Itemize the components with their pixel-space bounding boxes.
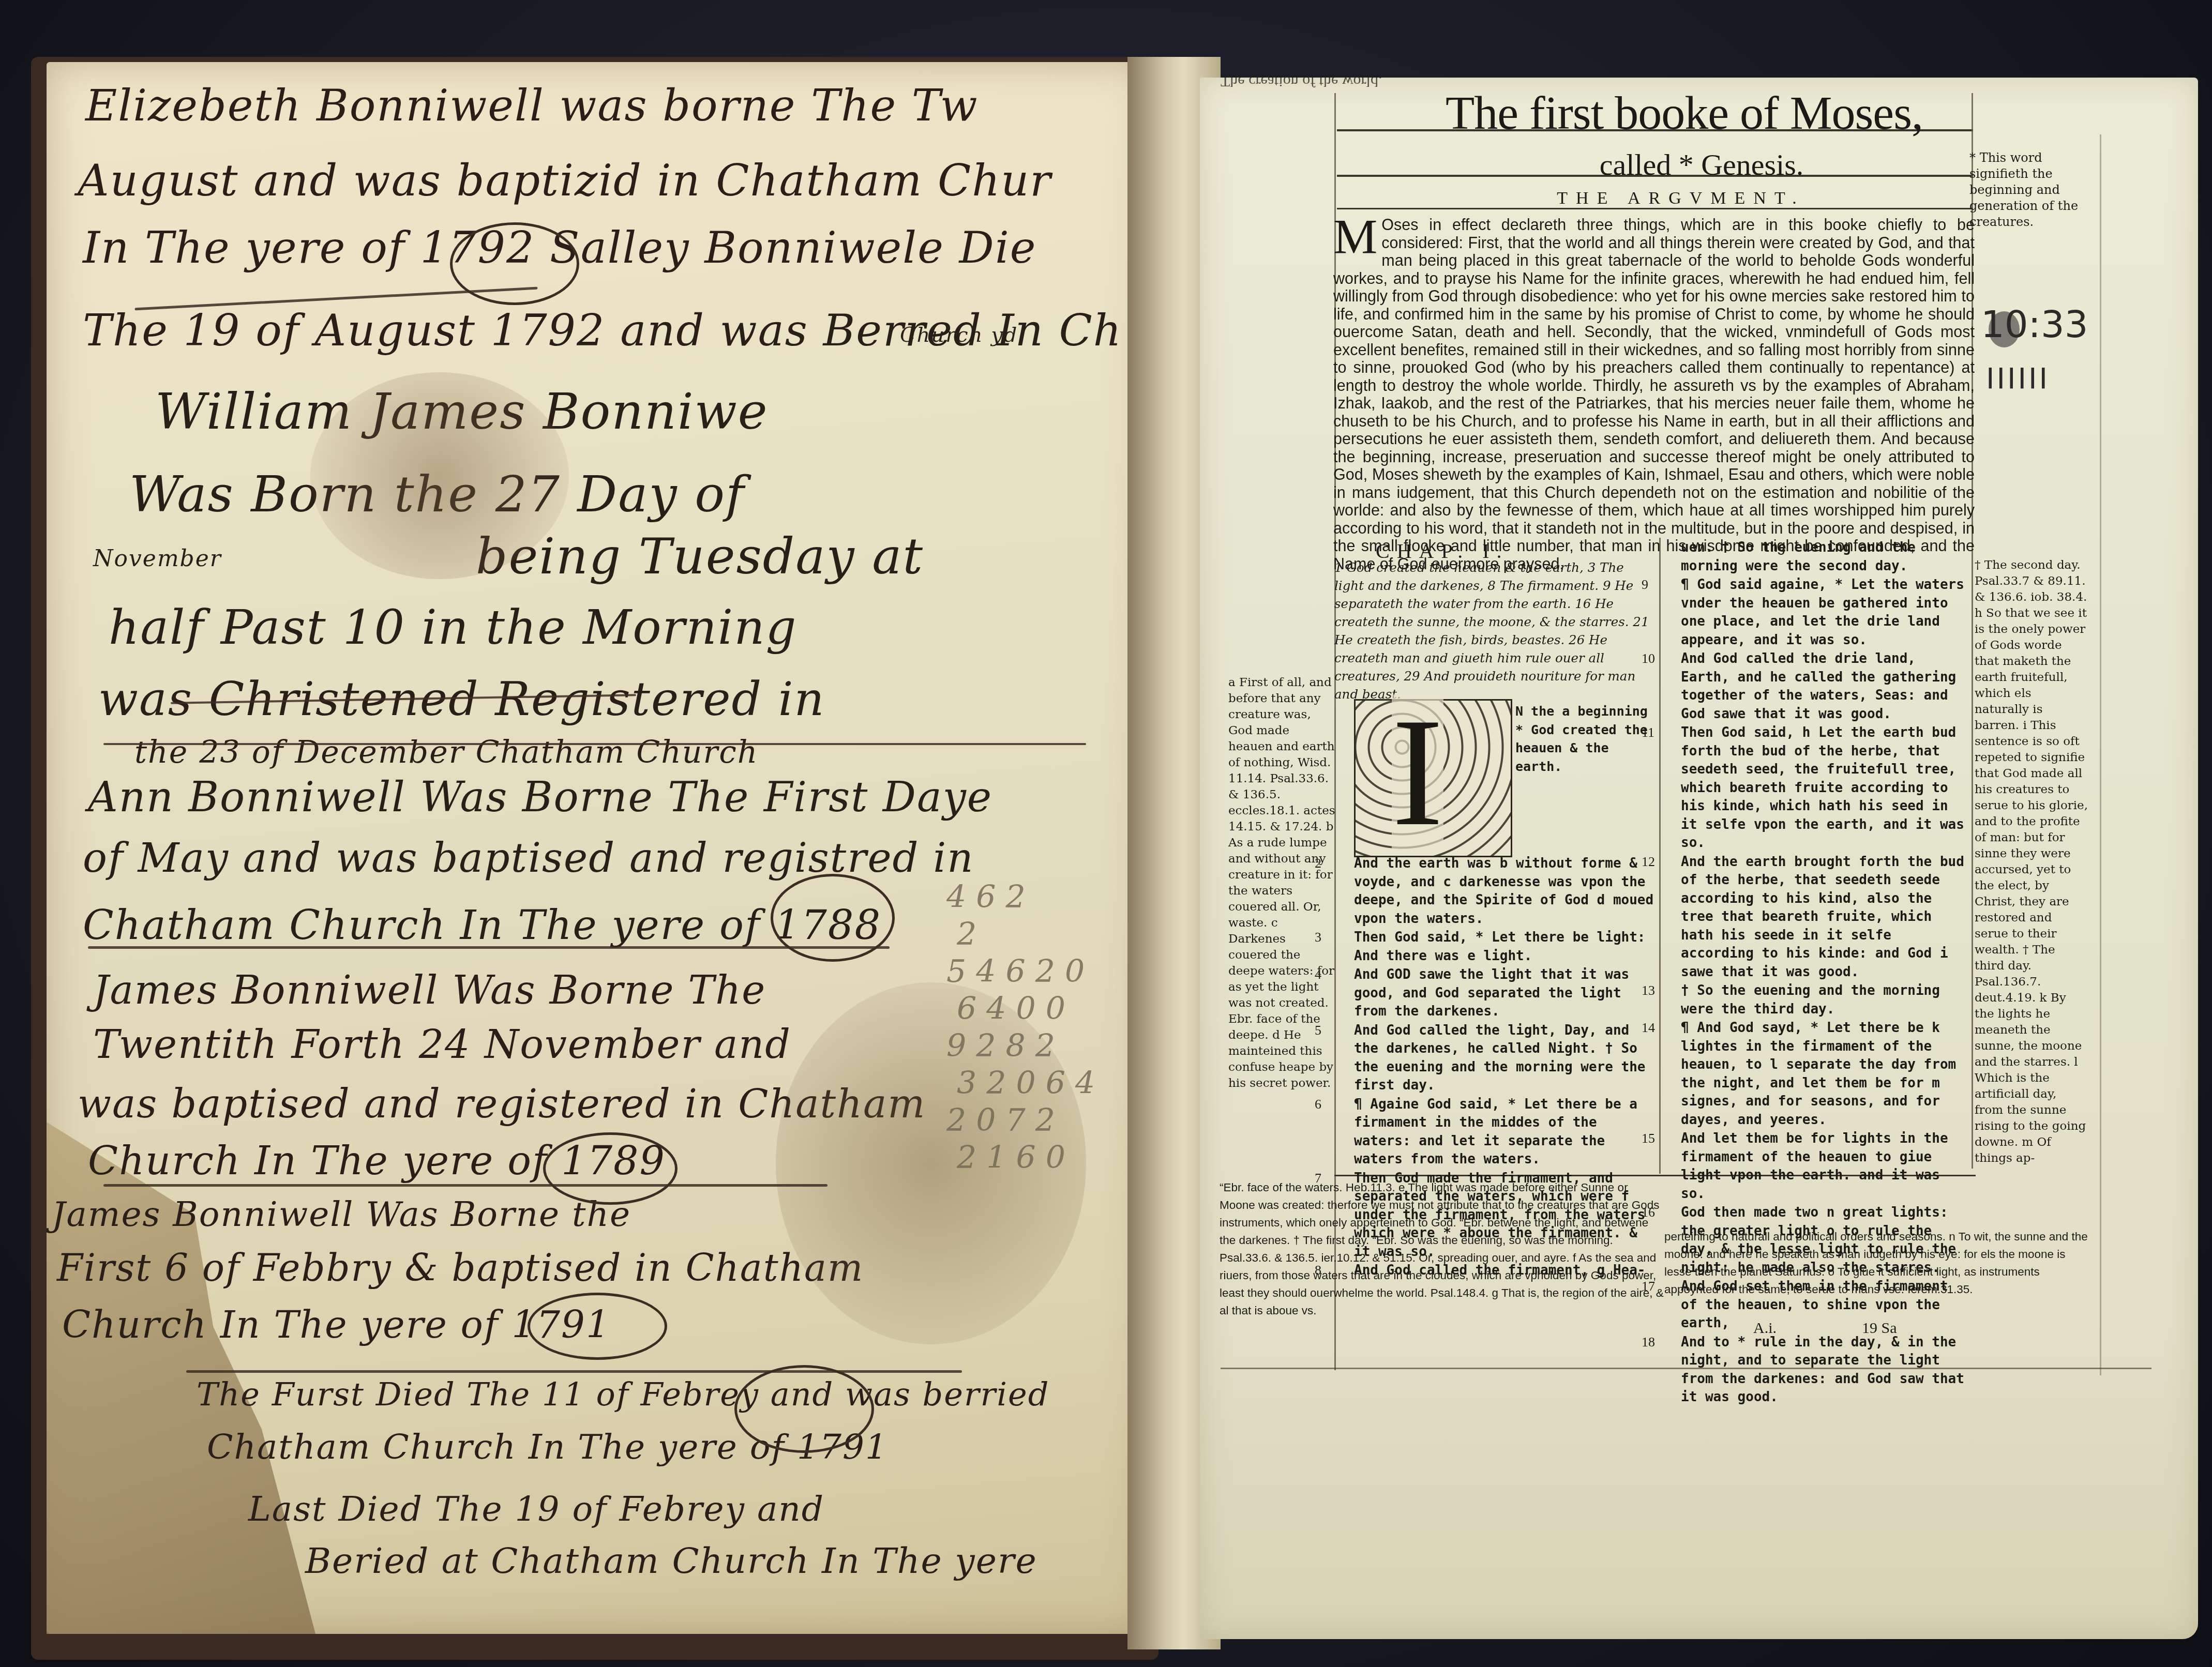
verse-1: N the a beginning * God created the heau…	[1515, 702, 1661, 776]
verse-text: And GOD sawe the light that it was good,…	[1354, 967, 1629, 1019]
verse: 4And GOD sawe the light that it was good…	[1334, 965, 1660, 1021]
chapter-summary: 1 God created the heauen & the earth, 3 …	[1334, 558, 1655, 703]
verse: 6¶ Againe God said, * Let there be a fir…	[1334, 1095, 1660, 1169]
verse-text: And let them be for lights in the firmam…	[1681, 1131, 1948, 1202]
verse-text: Then God said, * Let there be light: And…	[1354, 930, 1646, 964]
verse-number: 10	[1661, 649, 1681, 668]
entry-divider	[186, 1370, 962, 1373]
water-stain	[310, 372, 569, 579]
verse: 2And the earth was b without forme & voy…	[1334, 854, 1660, 928]
page-marks: 19 Sa	[1862, 1320, 1897, 1337]
footnotes-right: perteining to naturall and politicall or…	[1664, 1228, 2094, 1298]
running-head: The creation of the world.	[1221, 72, 1382, 90]
verse-number: 12	[1661, 853, 1681, 871]
handwritten-entry-line: Church yd	[900, 323, 1018, 347]
handwritten-entry-line: the 23 of December Chatham Church	[134, 734, 758, 770]
argument-text: Oses in effect declareth three things, w…	[1333, 216, 1975, 573]
verse-number: 13	[1661, 981, 1681, 1000]
circled-year	[528, 1293, 667, 1360]
verse: 9¶ God said againe, * Let the waters vnd…	[1661, 575, 1972, 649]
tally-figure: 2 0 7 2	[946, 1102, 1055, 1139]
verse: 5And God called the light, Day, and the …	[1334, 1021, 1660, 1095]
verse-text: And God called the drie land, Earth, and…	[1681, 651, 1956, 722]
entry-divider	[103, 743, 1086, 745]
handwritten-entry-line: James Bonniwell Was Borne The	[93, 967, 766, 1013]
verse-text: And God called the light, Day, and the d…	[1354, 1023, 1646, 1094]
tally-figure: 3 2 0 6 4	[957, 1065, 1095, 1101]
circled-year	[734, 1365, 874, 1453]
handwritten-entry-line: The Furst Died The 11 of Febrey and was …	[197, 1375, 1049, 1413]
entry-divider	[88, 946, 890, 949]
verse-text: ¶ And God sayd, * Let there be k lightes…	[1681, 1020, 1956, 1128]
verse: 10And God called the drie land, Earth, a…	[1661, 649, 1972, 723]
handwritten-entry-line: November	[93, 545, 222, 572]
circled-year	[543, 1132, 678, 1205]
verse-number: 14	[1661, 1019, 1681, 1037]
verse-number: 4	[1334, 965, 1354, 984]
decorated-initial: I	[1354, 699, 1512, 857]
verse-number: 3	[1334, 928, 1354, 947]
tally-figure: 9 2 8 2	[946, 1028, 1055, 1064]
verse: 12And the earth brought forth the bud of…	[1661, 853, 1972, 982]
signature-mark: A.i.	[1753, 1320, 1777, 1337]
margin-notes-right: † The second day. Psal.33.7 & 89.11. & 1…	[1975, 557, 2088, 1166]
verse-number: 5	[1334, 1021, 1354, 1040]
margin-notes-left: a First of all, and before that any crea…	[1228, 675, 1337, 1092]
margin-note-genesis: * This word signifieth the beginning and…	[1969, 150, 2083, 230]
book-title: The first booke of Moses,	[1446, 85, 1923, 140]
verse-text: ¶ Againe God said, * Let there be a firm…	[1354, 1097, 1637, 1168]
handwritten-entry-line: August and was baptizid in Chatham Chur	[78, 155, 1052, 206]
handwritten-entry-line: Elizebeth Bonniwell was borne The Tw	[85, 80, 979, 131]
verse-text: † So the euening and the morning were th…	[1681, 983, 1940, 1017]
tally-figure: 6 4 0 0	[957, 991, 1065, 1027]
verse: uen. † So the euening and the morning we…	[1661, 539, 1972, 575]
verse: 11Then God said, h Let the earth bud for…	[1661, 723, 1972, 853]
verse-text: uen. † So the euening and the morning we…	[1681, 540, 1916, 574]
verse: 18And to * rule in the day, & in the nig…	[1661, 1333, 1972, 1407]
circled-year	[450, 222, 579, 305]
handwritten-entry-line: First 6 of Febbry & baptised in Chatham	[57, 1246, 864, 1290]
handwritten-entry-line: Chatham Church In The yere of 1788	[83, 902, 881, 949]
handwritten-entry-line: Last Died The 19 of Febrey and	[248, 1489, 824, 1529]
verse-number: 9	[1661, 575, 1681, 594]
verse-text: Then God said, h Let the earth bud forth…	[1681, 725, 1964, 851]
argument-heading: THE ARGVMENT.	[1396, 189, 1965, 208]
tally-figure: 2 1 6 0	[957, 1140, 1065, 1176]
footnotes-left: “Ebr. face of the waters. Heb.11.3. e Th…	[1220, 1179, 1664, 1320]
verse: 13† So the euening and the morning were …	[1661, 981, 1972, 1019]
handwritten-entry-line: Ann Bonniwell Was Borne The First Daye	[88, 773, 992, 821]
verse-number: 6	[1334, 1095, 1354, 1114]
entry-divider	[103, 1184, 827, 1187]
verse-text: And the earth brought forth the bud of t…	[1681, 854, 1964, 980]
argument-paragraph: M Oses in effect declareth three things,…	[1333, 216, 1975, 573]
tally-figure: 5 4 6 2 0	[946, 953, 1085, 990]
verse-text: And to * rule in the day, & in the night…	[1681, 1335, 1964, 1405]
handwritten-entry-line: half Past 10 in the Morning	[109, 600, 797, 655]
verse: 14¶ And God sayd, * Let there be k light…	[1661, 1019, 1972, 1129]
tally-figure: 4 6 2	[946, 879, 1026, 915]
verse-number: 2	[1334, 854, 1354, 873]
verse-number: 15	[1661, 1129, 1681, 1148]
handwritten-entry-line: was Christened Registered in	[98, 672, 825, 726]
verse-number: 11	[1661, 723, 1681, 742]
book-subtitle: called * Genesis.	[1438, 147, 1965, 182]
circled-year	[771, 874, 895, 962]
tally-figure: 2	[957, 916, 976, 952]
handwritten-entry-line: Beried at Chatham Church In The yere	[305, 1541, 1037, 1582]
verse-number: 18	[1661, 1333, 1681, 1352]
pencil-note-tally: IIIIII	[1986, 362, 2050, 396]
handwritten-entry-line: Twentith Forth 24 November and	[93, 1021, 791, 1067]
handwritten-entry-line: James Bonniwell Was Borne the	[52, 1194, 631, 1234]
pencil-note-time: 10:33	[1981, 302, 2088, 346]
verse: 15And let them be for lights in the firm…	[1661, 1129, 1972, 1203]
verse-text: And the earth was b without forme & voyd…	[1354, 856, 1653, 927]
drop-cap: M	[1333, 217, 1377, 256]
verse: 3Then God said, * Let there be light: An…	[1334, 928, 1660, 965]
verse-text: ¶ God said againe, * Let the waters vnde…	[1681, 577, 1964, 648]
margin-rule	[2100, 134, 2101, 1375]
